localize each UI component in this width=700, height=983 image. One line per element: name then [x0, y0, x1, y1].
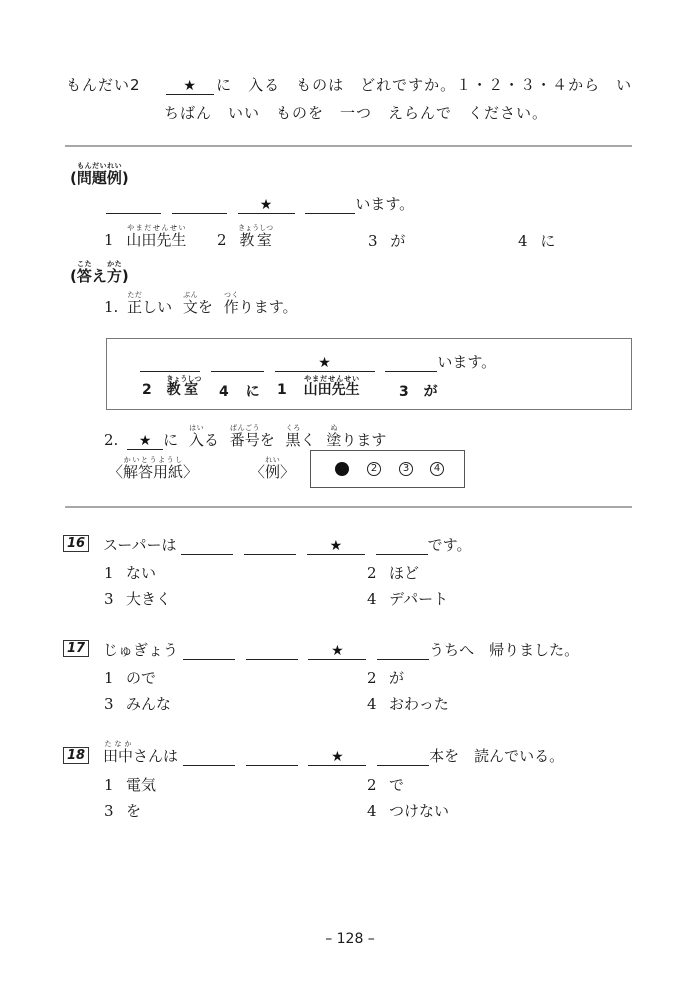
- kanji: 塗: [326, 431, 341, 449]
- question-18-sentence: 田中たなかさんは ★ 本を 読んでいる。: [103, 740, 564, 766]
- page-number: – 128 –: [0, 931, 700, 947]
- answer-slot-1: 2 教室きょうしつ: [142, 375, 201, 399]
- blank-4: [377, 643, 429, 660]
- slot-ruby: きょうしつ: [166, 375, 201, 383]
- q17-option-3[interactable]: 3みんな: [104, 693, 171, 714]
- star-icon: ★: [318, 355, 331, 371]
- option-text: デパート: [389, 590, 448, 608]
- blank-2: [244, 538, 296, 555]
- option-text: おわった: [389, 695, 449, 713]
- slot-number: 2: [142, 382, 152, 398]
- example-option-2: 2 教室きょうしつ: [217, 224, 273, 250]
- kana: ります: [341, 431, 386, 449]
- option-number: 2: [367, 669, 389, 687]
- kana: る: [204, 431, 219, 449]
- blank-4: [377, 749, 429, 766]
- kanji: 作: [224, 298, 239, 316]
- option-text: つけない: [389, 802, 449, 820]
- prefix-kanji: 田中: [103, 747, 133, 765]
- blank-4: [305, 197, 355, 214]
- instruction-line-2: ちばん いい ものを 一つ えらんで ください。: [164, 102, 548, 123]
- slot-ruby: やまだせんせい: [304, 375, 360, 383]
- q16-option-4[interactable]: 4デパート: [367, 588, 448, 609]
- option-text: を: [126, 802, 141, 820]
- slot-text: に: [246, 384, 260, 400]
- q18-option-4[interactable]: 4つけない: [367, 800, 449, 821]
- instruction-line-1: もんだい2 ★に 入る ものは どれですか。１・２・３・４から い: [66, 74, 632, 95]
- star-icon: ★: [139, 433, 152, 449]
- sentence-end: います。: [355, 195, 414, 213]
- option-text: ほど: [389, 564, 419, 582]
- option-number: 2: [217, 231, 227, 249]
- option-number: 3: [104, 590, 126, 608]
- kanji: 入: [189, 431, 204, 449]
- question-prefix: じゅぎょう: [103, 641, 178, 659]
- blank-4: [376, 538, 428, 555]
- question-number-16: 16: [63, 535, 89, 552]
- blank-4: [385, 355, 437, 372]
- star-blank: ★: [166, 77, 214, 95]
- question-prefix: さんは: [133, 747, 178, 765]
- blank-1: [106, 197, 161, 214]
- blank-star: ★: [127, 433, 163, 450]
- option-number: 1: [104, 669, 126, 687]
- sentence-end: います。: [437, 353, 496, 371]
- kanji: 番号: [230, 431, 260, 449]
- instruction-text-1: に 入る ものは どれですか。１・２・３・４から い: [216, 76, 632, 94]
- kana: に: [163, 431, 178, 449]
- blank-star: ★: [307, 538, 365, 555]
- q17-option-2[interactable]: 2が: [367, 667, 404, 688]
- option-text: に: [540, 232, 555, 250]
- how-to-answer-title: (答こたえ方かた): [70, 260, 129, 286]
- blank-star: ★: [308, 643, 366, 660]
- ruby: ぬ: [326, 424, 341, 432]
- option-text: で: [389, 776, 404, 794]
- example-title-text: 問題例: [77, 169, 122, 187]
- blank-2: [246, 749, 298, 766]
- blank-star: ★: [275, 355, 375, 372]
- option-text: 大きく: [126, 590, 171, 608]
- option-number: 1: [104, 564, 126, 582]
- blank-1: [183, 643, 235, 660]
- ruby: ただ: [127, 291, 142, 299]
- question-16-sentence: スーパーは ★ です。: [103, 534, 471, 555]
- q17-option-1[interactable]: 1ので: [104, 667, 156, 688]
- star-icon: ★: [260, 197, 273, 213]
- filled-bubble-icon: [335, 462, 349, 476]
- option-text: ない: [126, 564, 156, 582]
- instruction-text-2: ちばん いい ものを 一つ えらんで ください。: [164, 104, 548, 122]
- kana: を: [260, 431, 275, 449]
- question-number-17: 17: [63, 640, 89, 657]
- option-text: ので: [126, 669, 156, 687]
- option-text: が: [390, 232, 405, 250]
- ruby: くろ: [286, 424, 301, 432]
- example-label: 〈例れい〉: [250, 456, 295, 482]
- question-suffix: 本を 読んでいる。: [429, 747, 564, 765]
- slot-number: 1: [277, 382, 287, 398]
- answer-slot-2: 4 に: [219, 381, 260, 401]
- option-number: 2: [367, 564, 389, 582]
- section-divider-bottom: [65, 506, 632, 508]
- bubble-4-icon: 4: [430, 462, 444, 476]
- slot-text: が: [424, 384, 438, 400]
- kana: く: [301, 431, 316, 449]
- step-1: 1. 正ただしい 文ぶんを 作つくります。: [104, 291, 298, 317]
- kana: しい: [142, 298, 172, 316]
- question-suffix: です。: [428, 536, 472, 554]
- option-ruby: やまだせんせい: [126, 224, 186, 232]
- answer-example-box: ★ います。 2 教室きょうしつ 4 に 1 山田先生やまだせんせい 3 が: [106, 338, 632, 410]
- option-text: みんな: [126, 695, 171, 713]
- sheet-label-text: 解答用紙: [123, 463, 183, 481]
- option-number: 3: [368, 232, 378, 250]
- example-label-text: 例: [265, 463, 280, 481]
- step-2: 2. ★に 入はいる 番号ばんごうを 黒くろく 塗ぬります: [104, 424, 386, 450]
- option-number: 3: [104, 695, 126, 713]
- slot-text: 教室: [166, 382, 201, 398]
- option-number: 4: [367, 590, 389, 608]
- prefix-ruby: たなか: [103, 740, 133, 748]
- step-number: 1.: [104, 298, 118, 316]
- kanji: 文: [183, 298, 198, 316]
- question-prefix: スーパーは: [103, 536, 177, 554]
- option-number: 3: [104, 802, 126, 820]
- star-icon: ★: [331, 643, 344, 659]
- example-option-3: 3 が: [368, 230, 405, 251]
- ruby: はい: [189, 424, 204, 432]
- q18-option-3[interactable]: 3を: [104, 800, 141, 821]
- option-number: 4: [518, 232, 528, 250]
- slot-text: 山田先生: [304, 382, 360, 398]
- question-number-18: 18: [63, 747, 89, 764]
- blank-star: ★: [308, 749, 366, 766]
- option-number: 1: [104, 231, 114, 249]
- q18-option-1[interactable]: 1電気: [104, 774, 156, 795]
- star-icon: ★: [331, 749, 344, 765]
- q16-option-3[interactable]: 3大きく: [104, 588, 171, 609]
- blank-2: [211, 355, 264, 372]
- star-icon: ★: [183, 78, 197, 94]
- blank-2: [172, 197, 227, 214]
- option-number: 2: [367, 776, 389, 794]
- star-icon: ★: [330, 538, 343, 554]
- blank-1: [140, 355, 200, 372]
- option-number: 1: [104, 776, 126, 794]
- question-17-sentence: じゅぎょう ★ うちへ 帰りました。: [103, 639, 579, 660]
- blank-star: ★: [238, 197, 295, 214]
- q16-option-1[interactable]: 1ない: [104, 562, 156, 583]
- q17-option-4[interactable]: 4おわった: [367, 693, 449, 714]
- blank-2: [246, 643, 298, 660]
- kanji: 黒: [286, 431, 301, 449]
- title-ruby: かた: [107, 260, 122, 268]
- kana: を: [198, 298, 213, 316]
- example-option-1: 1 山田先生やまだせんせい: [104, 224, 186, 250]
- option-text: 電気: [126, 776, 156, 794]
- mondai-label: もんだい2: [66, 76, 141, 94]
- answer-slot-4: 3 が: [399, 381, 438, 401]
- ruby: つく: [224, 291, 239, 299]
- q18-option-2[interactable]: 2で: [367, 774, 404, 795]
- example-option-4: 4 に: [518, 230, 555, 251]
- answer-sheet-label: 〈解答用紙かいとうようし〉: [108, 456, 198, 482]
- option-text: 教室: [238, 231, 273, 249]
- answer-slot-3: 1 山田先生やまだせんせい: [277, 375, 360, 399]
- ruby: ぶん: [183, 291, 198, 299]
- bubble-3-icon: 3: [399, 462, 413, 476]
- step-number: 2.: [104, 431, 118, 449]
- example-title-ruby: もんだいれい: [77, 162, 122, 170]
- option-text: 山田先生: [126, 231, 186, 249]
- option-ruby: きょうしつ: [238, 224, 273, 232]
- slot-number: 3: [399, 384, 409, 400]
- q16-option-2[interactable]: 2ほど: [367, 562, 419, 583]
- bubble-example-box: 2 3 4: [310, 450, 465, 488]
- kana: ります。: [239, 298, 298, 316]
- kanji: 正: [127, 298, 142, 316]
- section-divider-top: [65, 145, 632, 147]
- bubble-2-icon: 2: [367, 462, 381, 476]
- blank-1: [183, 749, 235, 766]
- title-ruby: こた: [77, 260, 92, 268]
- sheet-ruby: かいとうようし: [123, 456, 183, 464]
- example-sentence: ★ います。: [106, 193, 414, 214]
- example-title: (問題例もんだいれい): [70, 162, 129, 188]
- option-text: が: [389, 669, 404, 687]
- ruby: ばんごう: [230, 424, 260, 432]
- blank-1: [181, 538, 233, 555]
- question-suffix: うちへ 帰りました。: [429, 641, 579, 659]
- example-ruby: れい: [265, 456, 280, 464]
- option-number: 4: [367, 695, 389, 713]
- slot-number: 4: [219, 384, 229, 400]
- option-number: 4: [367, 802, 389, 820]
- answer-blanks-row: ★ います。: [140, 351, 496, 372]
